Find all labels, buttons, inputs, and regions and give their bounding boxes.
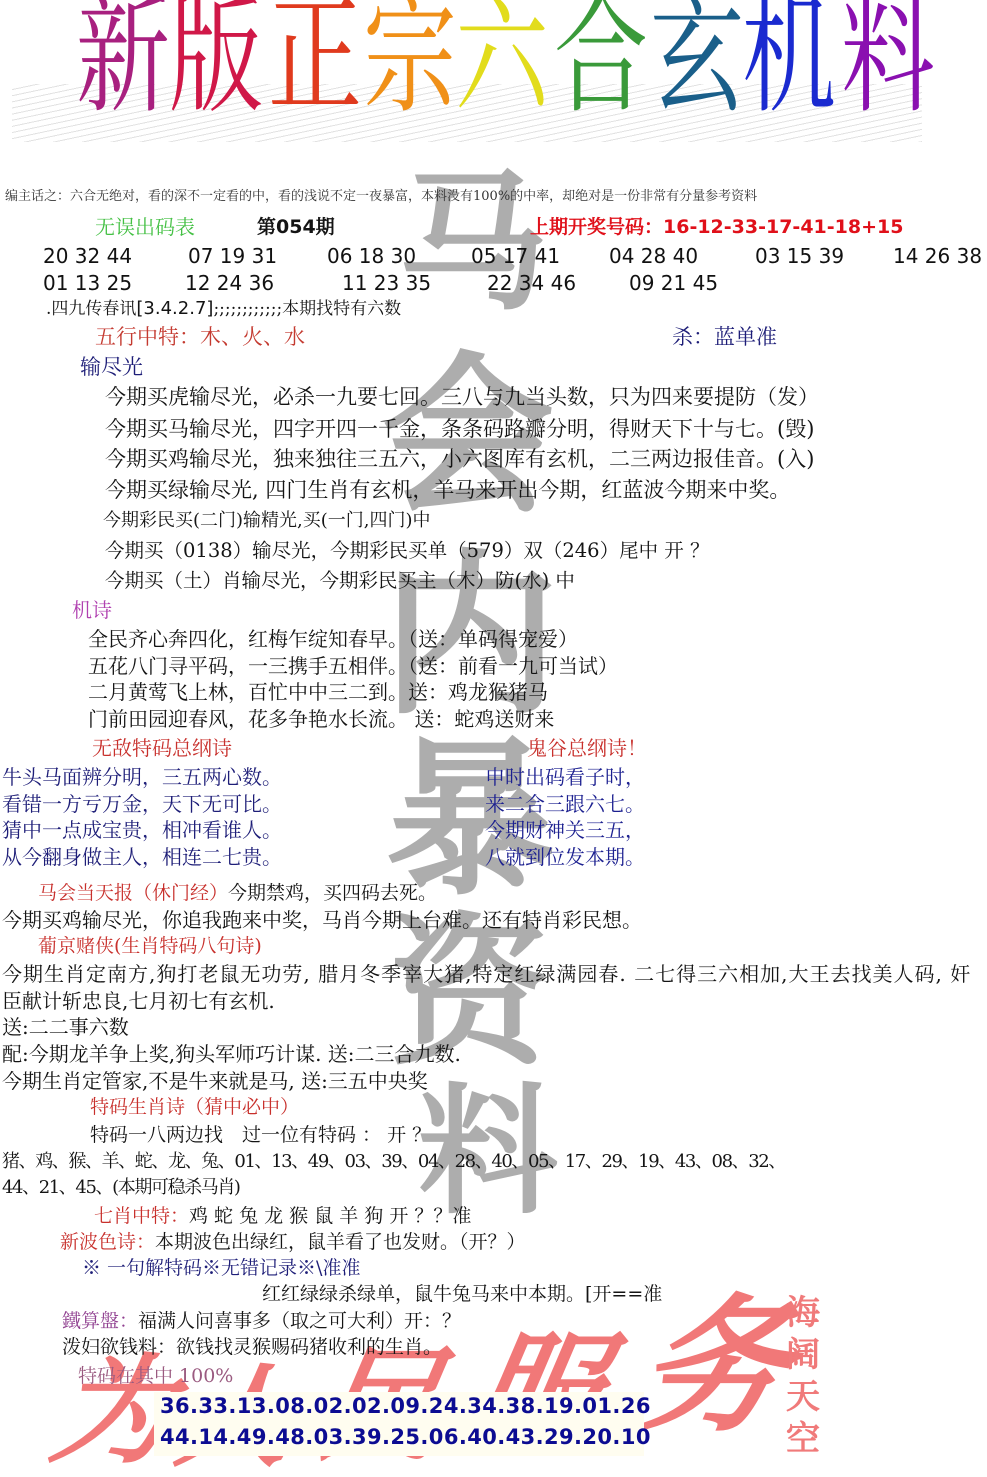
lottery-document-page: 新 版 正 宗 六 合 玄 机 料 马 会 内 暴 资 料 为 人 民 服 务 …	[0, 0, 987, 1477]
number-group: 01 13 25	[43, 271, 132, 295]
machine-poem-line: 全民齐心奔四化，红梅乍绽知春早。（送：单码得宠爱）	[88, 627, 578, 651]
zodiac-number-list: 猪、鸡、猴、羊、蛇、龙、兔、01、13、49、03、39、04、28、40、05…	[2, 1151, 785, 1173]
horse-club-label: 马会当天报（休门经）	[38, 882, 228, 904]
editor-note: 编主话之：六合无绝对，看的深不一定看的中，看的浅说不定一夜暴富，本料没有100%…	[5, 189, 757, 205]
wave-poem-line: 新波色诗：本期波色出绿红，鼠羊看了也发财。（开？）	[60, 1231, 526, 1254]
number-group: 22 34 46	[487, 271, 576, 295]
seven-zodiac-label: 七肖中特：	[94, 1205, 189, 1227]
title-char: 六	[455, 0, 549, 122]
one-line-heading: ※ 一句解特码※无错记录※\准准	[82, 1257, 360, 1280]
chicken-line: 今期买鸡输尽光，你追我跑来中奖，马肖今期上台难。还有特肖彩民想。	[2, 908, 642, 932]
machine-poem-line: 门前田园迎春风，花多争艳水长流。 送：蛇鸡送财来	[88, 707, 554, 731]
number-group: 14 26 38	[893, 244, 982, 268]
spring-news-prefix: .四九传春讯	[46, 299, 136, 319]
horse-club-line: 马会当天报（休门经）今期禁鸡，买四码去死。	[38, 882, 437, 905]
number-group: 04 28 40	[609, 244, 698, 268]
macau-gambler-line: 今期生肖定管家,不是牛来就是马, 送:三五中央奖	[2, 1069, 428, 1093]
title-char: 料	[841, 0, 935, 122]
issue-number: 第054期	[257, 216, 335, 239]
zodiac-number-list: 44、21、45、(本期可稳杀马肖)	[2, 1177, 240, 1199]
seven-zodiac-line: 七肖中特：鸡 蛇 兔 龙 猴 鼠 羊 狗 开 ？？准	[94, 1205, 471, 1228]
number-group: 06 18 30	[327, 244, 416, 268]
last-draw-numbers: 16-12-33-17-41-18+15	[663, 216, 903, 238]
zodiac-poem-heading: 特码生肖诗（猜中必中）	[90, 1096, 299, 1119]
guigu-poem-line: 申时出码看子时，	[485, 765, 645, 789]
one-line-text: 红红绿绿杀绿单，鼠牛兔马来中本期。[开==准	[262, 1283, 662, 1306]
abacus-line: 鐵算盤：福满人问喜事多（取之可大利）开：？	[62, 1310, 461, 1333]
wave-poem-label: 新波色诗：	[60, 1231, 155, 1253]
abacus-label: 鐵算盤：	[62, 1310, 138, 1332]
title-char: 新	[76, 0, 170, 122]
last-draw: 上期开奖号码：16-12-33-17-41-18+15	[530, 216, 903, 239]
guigu-poem-heading: 鬼谷总纲诗！	[527, 736, 647, 760]
macau-gambler-line: 配:今期龙羊争上奖,狗头军师巧计谋. 送:二三合九数.	[2, 1042, 461, 1066]
last-draw-label: 上期开奖号码：	[530, 216, 663, 238]
title-char: 宗	[363, 0, 457, 122]
lose-all-heading: 输尽光	[80, 355, 143, 380]
slogan-char: 海	[786, 1292, 830, 1334]
slogan-char: 天	[786, 1376, 830, 1418]
red-watermark-char: 务	[627, 1292, 801, 1440]
title-char: 合	[554, 0, 648, 122]
zodiac-poem-hint: 特码一八两边找 过一位有特码 ： 开 ？	[90, 1124, 431, 1147]
invincible-poem-line: 从今翻身做主人，相连二七贵。	[2, 845, 282, 869]
number-group: 12 24 36	[185, 271, 274, 295]
spring-news-suffix: ;;;;;;;;;;;;本期找特有六数	[213, 299, 401, 319]
lose-all-line: 今期买绿输尽光, 四门生肖有玄机，羊马来开出今期，红蓝波今期来中奖。	[105, 478, 790, 503]
slogan-char: 空	[786, 1418, 830, 1460]
lose-all-line: 今期买（0138）输尽光，今期彩民买单（579）双（246）尾中 开 ？	[105, 539, 709, 562]
number-group: 09 21 45	[629, 271, 718, 295]
lose-all-line: 今期彩民买(二门)输精光,买(一门,四门)中	[103, 510, 431, 532]
macau-gambler-line: 臣献计斩忠良,七月初七有玄机.	[2, 989, 275, 1013]
kill-label: 杀：	[672, 325, 714, 349]
kill-note: 杀：蓝单准	[672, 325, 777, 350]
special-in-label: 特码在其中 100%	[78, 1365, 233, 1388]
macau-gambler-heading: 葡京赌侠(生肖特码八句诗)	[38, 935, 262, 958]
abacus-value: 福满人问喜事多（取之可大利）开：？	[138, 1310, 461, 1332]
lose-all-line: 今期买鸡输尽光，独来独往三五六，小六图库有玄机，二三两边报佳音。(入)	[105, 447, 814, 472]
slogan-char: 阔	[786, 1334, 830, 1376]
shrew-line: 泼妇欲钱料：欲钱找灵猴赐码猪收利的生肖。	[62, 1336, 442, 1359]
wave-poem-value: 本期波色出绿红，鼠羊看了也发财。（开？）	[155, 1231, 526, 1253]
title-char: 玄	[650, 0, 744, 122]
spring-news-line: .四九传春讯[3.4.2.7];;;;;;;;;;;;本期找特有六数	[46, 298, 401, 320]
five-elements: 五行中特：木、火、水	[95, 325, 305, 350]
vertical-slogan: 海 阔 天 空	[786, 1292, 830, 1460]
number-group: 20 32 44	[43, 244, 132, 268]
invincible-poem-line: 猜中一点成宝贵，相冲看谁人。	[2, 818, 282, 842]
invincible-poem-line: 牛头马面辨分明，三五两心数。	[2, 765, 282, 789]
title-char: 正	[268, 0, 362, 122]
lose-all-line: 今期买虎输尽光，必杀一九要七回。三八与九当头数，只为四来要提防（发）	[105, 385, 819, 410]
invincible-poem-heading: 无敌特码总纲诗	[92, 736, 232, 760]
special-numbers-row: 44.14.49.48.03.39.25.06.40.43.29.20.10	[160, 1425, 651, 1450]
lose-all-line: 今期买马输尽光，四字开四一千金，条条码路瓣分明，得财天下十与七。(毁)	[105, 417, 814, 442]
guigu-poem-line: 今期财神关三五，	[485, 818, 645, 842]
guigu-poem-line: 八就到位发本期。	[485, 845, 645, 869]
five-elements-value: 木、火、水	[200, 325, 305, 349]
number-group: 07 19 31	[188, 244, 277, 268]
horse-club-text: 今期禁鸡，买四码去死。	[228, 882, 437, 904]
number-group: 11 23 35	[342, 271, 431, 295]
spring-news-digits: [3.4.2.7]	[136, 298, 213, 319]
number-group: 03 15 39	[755, 244, 844, 268]
seven-zodiac-value: 鸡 蛇 兔 龙 猴 鼠 羊 狗 开 ？？准	[189, 1205, 471, 1227]
macau-gambler-line: 送:二二事六数	[2, 1015, 129, 1039]
title-char: 机	[742, 0, 836, 122]
macau-gambler-line: 今期生肖定南方,狗打老鼠无功劳, 腊月冬季宰大猪,特定红绿满园春. 二七得三六相…	[2, 962, 971, 986]
guigu-poem-line: 来二合三跟六七。	[485, 792, 645, 816]
machine-poem-heading: 机诗	[72, 598, 112, 622]
invincible-poem-line: 看错一方亏万金，天下无可比。	[2, 792, 282, 816]
lose-all-line: 今期买（土）肖输尽光，今期彩民买主（木）防(水) 中	[105, 569, 575, 592]
title-char: 版	[169, 0, 263, 122]
five-elements-label: 五行中特：	[95, 325, 200, 349]
kill-value: 蓝单准	[714, 325, 777, 349]
number-table-label: 无误出码表	[95, 215, 195, 239]
machine-poem-line: 五花八门寻平码，一三携手五相伴。（送：前看一九可当试）	[88, 654, 618, 678]
machine-poem-line: 二月黄莺飞上林，百忙中中三二到。送：鸡龙猴猪马	[88, 680, 548, 704]
number-group: 05 17 41	[471, 244, 560, 268]
special-numbers-row: 36.33.13.08.02.02.09.24.34.38.19.01.26	[160, 1394, 651, 1419]
